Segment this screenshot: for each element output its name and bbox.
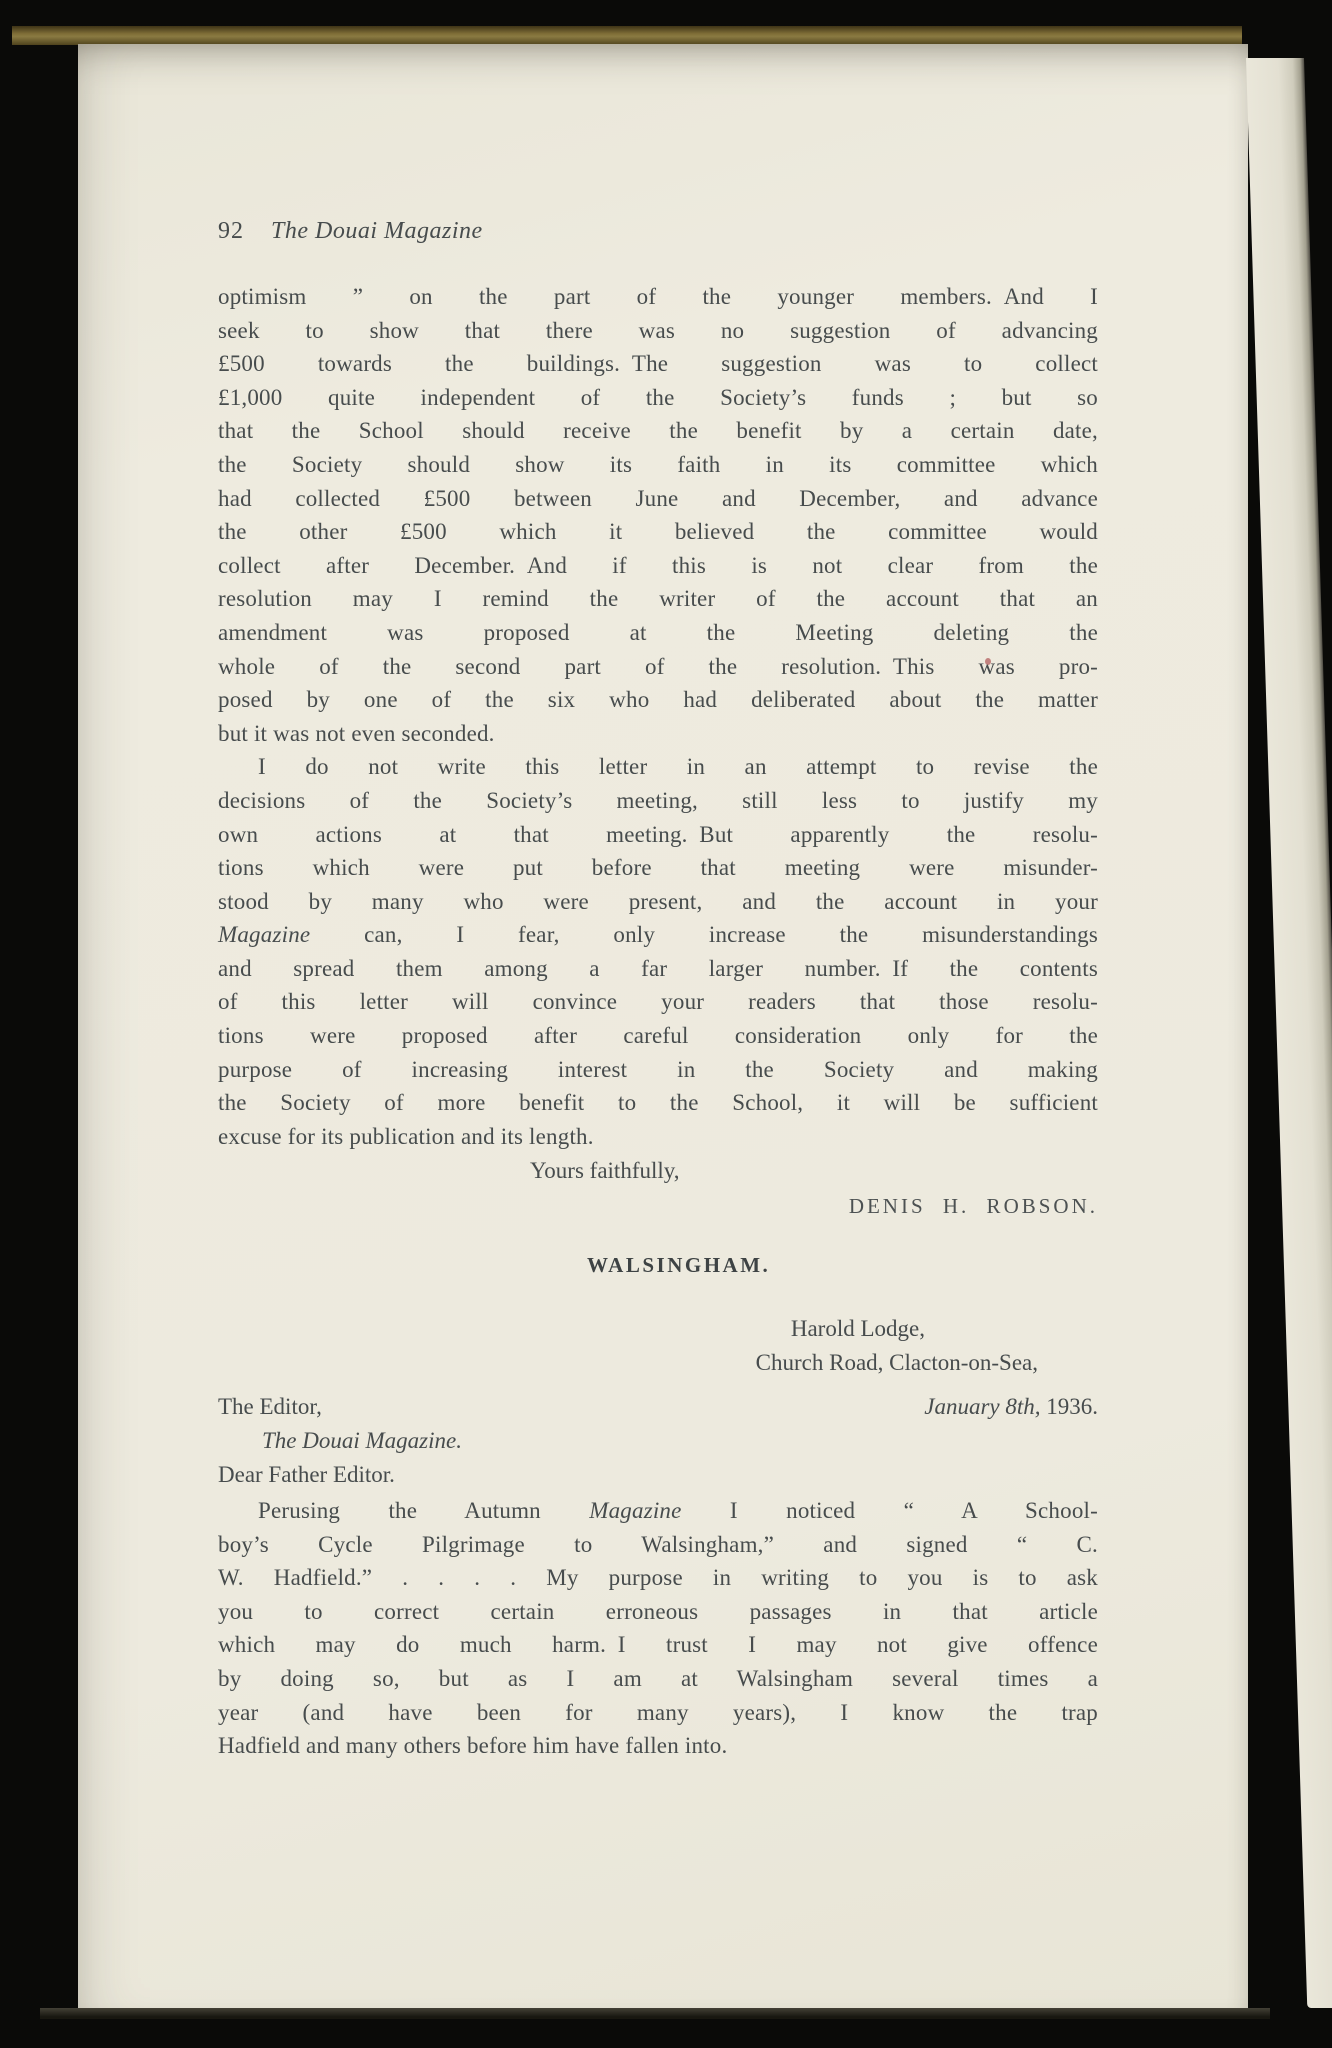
- text-line: had collected £500 between June and Dece…: [218, 482, 1098, 516]
- text-segment: by doing so, but as I am at Walsingham s…: [218, 1666, 1098, 1691]
- text-segment: Hadfield and many others before him have…: [218, 1733, 727, 1758]
- text-line: the Society should show its faith in its…: [218, 448, 1098, 482]
- book-cover-edge: [12, 26, 1242, 45]
- text-segment: excuse for its publication and its lengt…: [218, 1124, 594, 1149]
- page-curl-edge: [1246, 58, 1332, 2008]
- text-segment: amendment was proposed at the Meeting de…: [218, 620, 1098, 645]
- valediction: Yours faithfully,: [530, 1154, 680, 1188]
- text-line: by doing so, but as I am at Walsingham s…: [218, 1662, 1098, 1696]
- section-heading: WALSINGHAM.: [587, 1253, 770, 1278]
- text-segment: posed by one of the six who had delibera…: [218, 687, 1098, 712]
- text-line: boy’s Cycle Pilgrimage to Walsingham,” a…: [218, 1528, 1098, 1562]
- signature: DENIS H. ROBSON.: [218, 1194, 1098, 1219]
- date-roman-part: 1936.: [1041, 1394, 1099, 1419]
- text-line: tions were proposed after careful consid…: [218, 1019, 1098, 1053]
- text-segment: the other £500 which it believed the com…: [218, 519, 1098, 544]
- text-line: year (and have been for many years), I k…: [218, 1696, 1098, 1730]
- text-segment: had collected £500 between June and Dece…: [218, 486, 1098, 511]
- text-line: the Society of more benefit to the Schoo…: [218, 1086, 1098, 1120]
- text-line: Magazine can, I fear, only increase the …: [218, 918, 1098, 952]
- text-line: of this letter will convince your reader…: [218, 985, 1098, 1019]
- text-line: Perusing the Autumn Magazine I noticed “…: [218, 1494, 1098, 1528]
- text-line: purpose of increasing interest in the So…: [218, 1053, 1098, 1087]
- text-line: stood by many who were present, and the …: [218, 885, 1098, 919]
- text-segment: tions which were put before that meeting…: [218, 855, 1098, 880]
- text-segment: purpose of increasing interest in the So…: [218, 1057, 1098, 1082]
- text-line: whole of the second part of the resoluti…: [218, 650, 1098, 684]
- text-line: own actions at that meeting. But apparen…: [218, 818, 1098, 852]
- letter-robson-body: optimism ” on the part of the younger me…: [218, 280, 1098, 1153]
- text-segment: of this letter will convince your reader…: [218, 989, 1098, 1014]
- text-column: 92The Douai Magazine optimism ” on the p…: [218, 44, 1098, 2012]
- text-segment: resolution may I remind the writer of th…: [218, 586, 1098, 611]
- text-line: seek to show that there was no suggestio…: [218, 314, 1098, 348]
- text-line: tions which were put before that meeting…: [218, 851, 1098, 885]
- text-segment: Perusing the Autumn: [258, 1498, 589, 1523]
- text-segment: stood by many who were present, and the …: [218, 889, 1098, 914]
- text-line: W. Hadfield.” . . . . My purpose in writ…: [218, 1561, 1098, 1595]
- text-segment: boy’s Cycle Pilgrimage to Walsingham,” a…: [218, 1532, 1098, 1557]
- salutation: Dear Father Editor.: [218, 1458, 395, 1492]
- text-line: resolution may I remind the writer of th…: [218, 582, 1098, 616]
- page-surface: 92The Douai Magazine optimism ” on the p…: [78, 44, 1248, 2012]
- text-line: and spread them among a far larger numbe…: [218, 952, 1098, 986]
- italic-text-segment: Magazine: [589, 1498, 681, 1523]
- text-segment: year (and have been for many years), I k…: [218, 1700, 1098, 1725]
- text-line: the other £500 which it believed the com…: [218, 515, 1098, 549]
- text-segment: W. Hadfield.” . . . . My purpose in writ…: [218, 1565, 1098, 1590]
- text-line: posed by one of the six who had delibera…: [218, 683, 1098, 717]
- text-line: decisions of the Society’s meeting, stil…: [218, 784, 1098, 818]
- text-line: which may do much harm. I trust I may no…: [218, 1628, 1098, 1662]
- recipient-line: The Editor,: [218, 1390, 322, 1424]
- text-segment: tions were proposed after careful consid…: [218, 1023, 1098, 1048]
- text-segment: seek to show that there was no suggestio…: [218, 318, 1098, 343]
- address-line-1: Harold Lodge,: [218, 1312, 1098, 1346]
- text-line: excuse for its publication and its lengt…: [218, 1120, 1098, 1154]
- text-line: amendment was proposed at the Meeting de…: [218, 616, 1098, 650]
- text-segment: and spread them among a far larger numbe…: [218, 956, 1098, 981]
- text-segment: which may do much harm. I trust I may no…: [218, 1632, 1098, 1657]
- magazine-reference-line: The Douai Magazine.: [262, 1424, 462, 1458]
- recipient-date-row: The Editor, January 8th, 1936.: [218, 1390, 1098, 1424]
- running-title: The Douai Magazine: [271, 218, 483, 244]
- text-segment: the Society of more benefit to the Schoo…: [218, 1090, 1098, 1115]
- text-segment: that the School should receive the benef…: [218, 418, 1098, 443]
- text-segment: £1,000 quite independent of the Society’…: [218, 385, 1098, 410]
- page-number: 92: [218, 218, 244, 244]
- cover-cloth-bottom-edge: [40, 2008, 1270, 2019]
- address-line-2: Church Road, Clacton-on-Sea,: [218, 1346, 1098, 1380]
- text-line: £1,000 quite independent of the Society’…: [218, 381, 1098, 415]
- text-line: optimism ” on the part of the younger me…: [218, 280, 1098, 314]
- text-segment: I noticed “ A School-: [682, 1498, 1098, 1523]
- text-segment: £500 towards the buildings. The suggesti…: [218, 351, 1098, 376]
- text-segment: decisions of the Society’s meeting, stil…: [218, 788, 1098, 813]
- text-segment: whole of the second part of the resoluti…: [218, 654, 1098, 679]
- text-segment: the Society should show its faith in its…: [218, 452, 1098, 477]
- text-segment: I do not write this letter in an attempt…: [258, 754, 1098, 779]
- text-line: Hadfield and many others before him have…: [218, 1729, 1098, 1763]
- text-segment: you to correct certain erroneous passage…: [218, 1599, 1098, 1624]
- text-line: I do not write this letter in an attempt…: [218, 750, 1098, 784]
- text-line: that the School should receive the benef…: [218, 414, 1098, 448]
- italic-text-segment: Magazine: [218, 922, 310, 947]
- text-segment: optimism ” on the part of the younger me…: [218, 284, 1098, 309]
- text-segment: collect after December. And if this is n…: [218, 553, 1098, 578]
- text-line: £500 towards the buildings. The suggesti…: [218, 347, 1098, 381]
- letter-walsingham-body: Perusing the Autumn Magazine I noticed “…: [218, 1494, 1098, 1763]
- text-line: collect after December. And if this is n…: [218, 549, 1098, 583]
- text-segment: own actions at that meeting. But apparen…: [218, 822, 1098, 847]
- book-photo: { "colors": { "cover": "#0a0a08", "cover…: [0, 0, 1332, 2048]
- text-segment: but it was not even seconded.: [218, 721, 495, 746]
- date-line: January 8th, 1936.: [924, 1390, 1098, 1424]
- date-italic-part: January 8th,: [924, 1394, 1040, 1419]
- text-segment: can, I fear, only increase the misunders…: [310, 922, 1098, 947]
- running-head: 92The Douai Magazine: [218, 218, 483, 245]
- text-line: you to correct certain erroneous passage…: [218, 1595, 1098, 1629]
- text-line: but it was not even seconded.: [218, 717, 1098, 751]
